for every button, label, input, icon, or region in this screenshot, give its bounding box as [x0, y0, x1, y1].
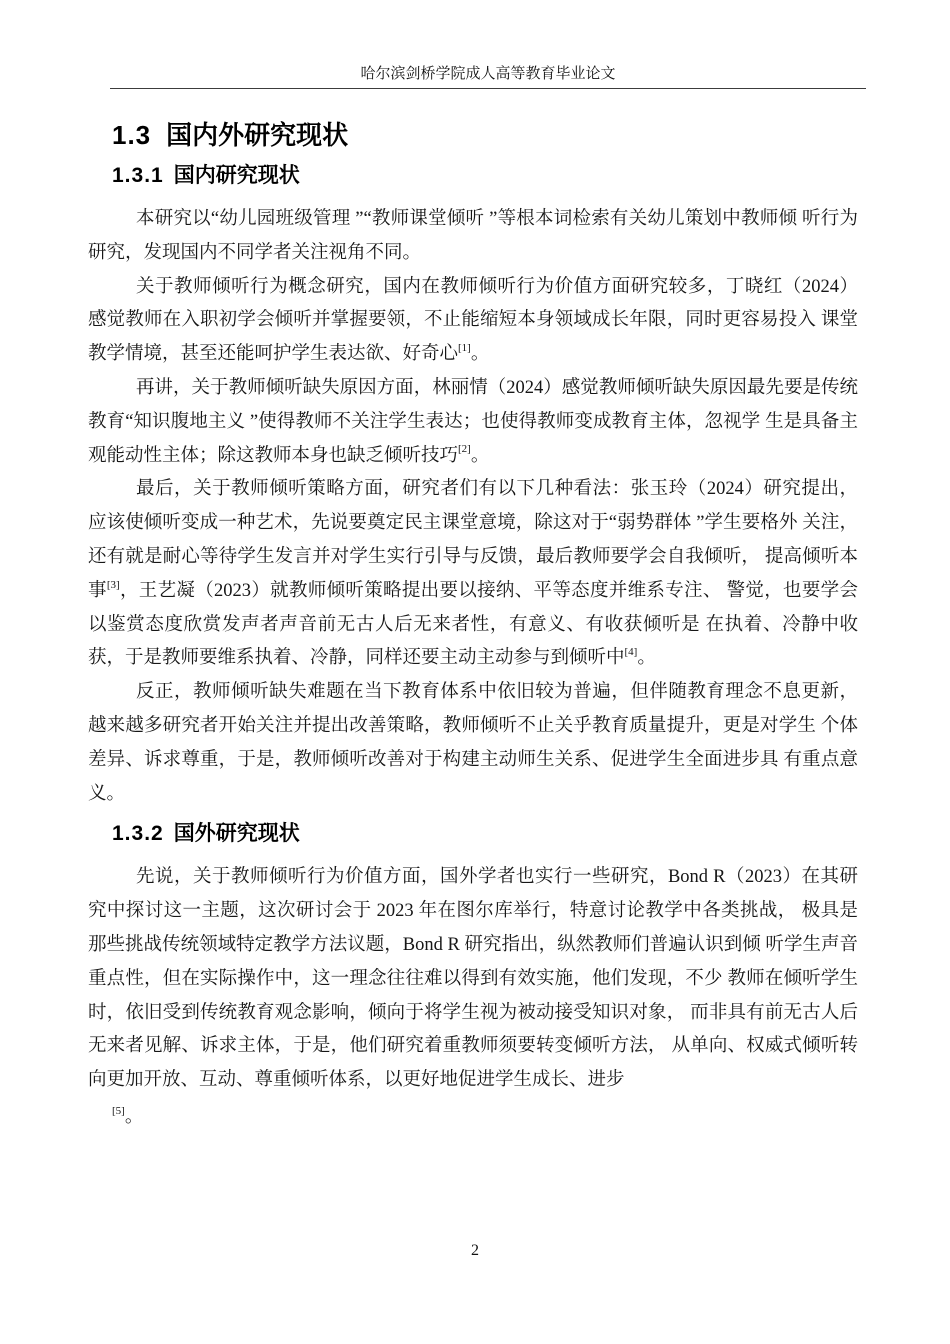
citation-ref: [2]	[458, 443, 471, 455]
subsection-1-3-1: 1.3.1国内研究现状 本研究以“幼儿园班级管理 ”“教师课堂倾听 ”等根本词检…	[88, 163, 858, 811]
citation-ref: [3]	[107, 579, 120, 591]
running-head: 哈尔滨剑桥学院成人高等教育毕业论文	[360, 62, 615, 88]
subsection-1-3-2: 1.3.2国外研究现状 先说，关于教师倾听行为价值方面，国外学者也实行一些研究，…	[88, 821, 858, 1098]
subsection-number: 1.3.2	[112, 822, 164, 845]
subsection-title: 国外研究现状	[174, 822, 300, 845]
citation-ref-5: [5]	[112, 1105, 125, 1117]
page-number: 2	[0, 1242, 950, 1260]
document-page: 哈尔滨剑桥学院成人高等教育毕业论文 1.3国内外研究现状 1.3.1国内研究现状…	[0, 0, 950, 1344]
paragraph: 反正，教师倾听缺失难题在当下教育体系中依旧较为普遍，但伴随教育理念不息更新， 越…	[88, 676, 858, 811]
section-heading-1-3: 1.3国内外研究现状	[112, 120, 858, 150]
section-number: 1.3	[112, 120, 151, 150]
page-content: 1.3国内外研究现状 1.3.1国内研究现状 本研究以“幼儿园班级管理 ”“教师…	[88, 96, 858, 1128]
paragraph: 最后，关于教师倾听策略方面，研究者们有以下几种看法：张玉玲（2024）研究提出，…	[88, 473, 858, 676]
subsection-paragraphs: 先说，关于教师倾听行为价值方面，国外学者也实行一些研究，Bond R（2023）…	[88, 861, 858, 1098]
subsection-title: 国内研究现状	[174, 164, 300, 187]
subsection-number: 1.3.1	[112, 164, 164, 187]
paragraph: 本研究以“幼儿园班级管理 ”“教师课堂倾听 ”等根本词检索有关幼儿策划中教师倾 …	[88, 203, 858, 271]
footnote-period: 。	[125, 1107, 144, 1127]
citation-ref: [4]	[625, 646, 638, 658]
subsection-heading-1-3-2: 1.3.2国外研究现状	[112, 821, 858, 847]
footnote-line: [5]。	[112, 1106, 858, 1128]
subsection-heading-1-3-1: 1.3.1国内研究现状	[112, 163, 858, 189]
section-title: 国内外研究现状	[166, 120, 348, 150]
page-header: 哈尔滨剑桥学院成人高等教育毕业论文	[110, 0, 866, 89]
paragraph: 先说，关于教师倾听行为价值方面，国外学者也实行一些研究，Bond R（2023）…	[88, 861, 858, 1098]
citation-ref: [1]	[458, 342, 471, 354]
paragraph: 关于教师倾听行为概念研究，国内在教师倾听行为价值方面研究较多，丁晓红（2024）…	[88, 271, 858, 372]
paragraph: 再讲，关于教师倾听缺失原因方面，林丽情（2024）感觉教师倾听缺失原因最先要是传…	[88, 372, 858, 473]
subsection-paragraphs: 本研究以“幼儿园班级管理 ”“教师课堂倾听 ”等根本词检索有关幼儿策划中教师倾 …	[88, 203, 858, 811]
